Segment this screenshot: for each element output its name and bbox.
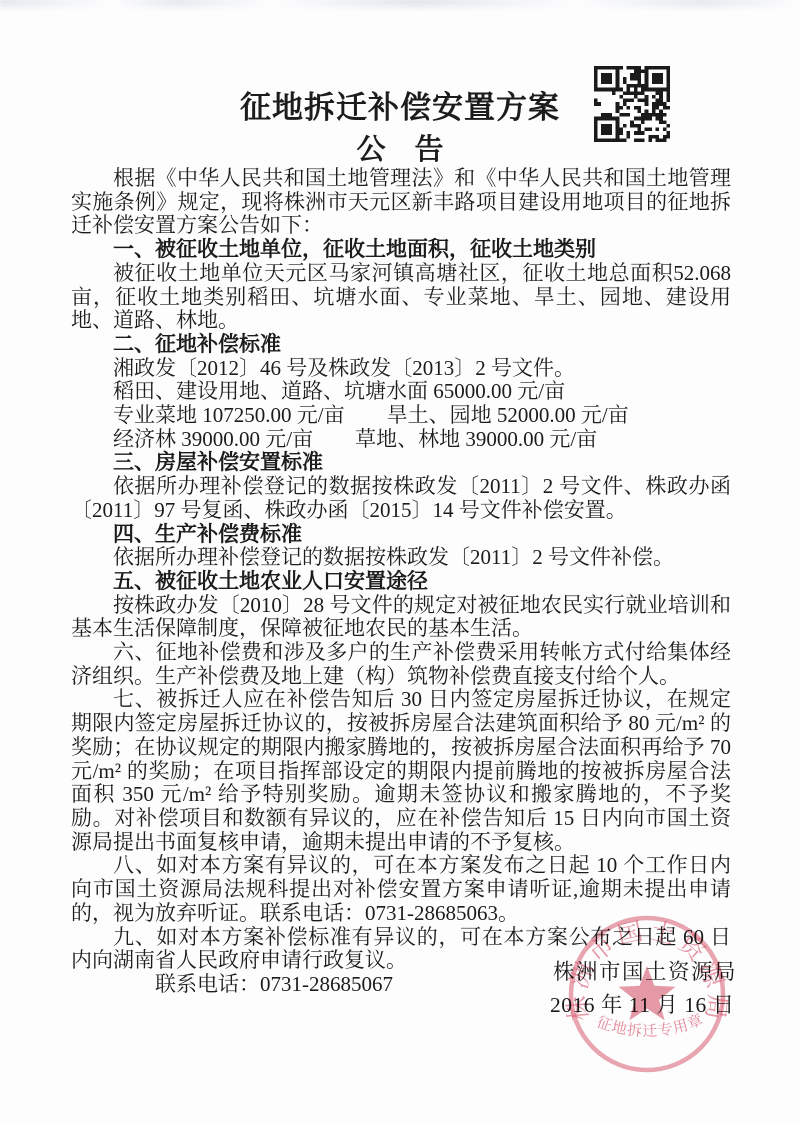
- rate-line-forest: 经济林 39000.00 元/亩草地、林地 39000.00 元/亩: [71, 428, 731, 452]
- section-5-heading: 五、被征收土地农业人口安置途径: [71, 570, 731, 594]
- section-4-heading: 四、生产补偿费标准: [71, 523, 731, 547]
- rate-vegetable-value: 专业菜地 107250.00 元/亩: [113, 403, 345, 427]
- section-3-heading: 三、房屋补偿安置标准: [71, 451, 731, 475]
- section-2-reference: 湘政发〔2012〕46 号及株政发〔2013〕2 号文件。: [71, 357, 731, 381]
- section-2-heading: 二、征地补偿标准: [71, 333, 731, 357]
- signature-organization: 株洲市国土资源局: [553, 955, 737, 986]
- document-title: 征地拆迁补偿安置方案: [0, 82, 800, 127]
- rate-line-paddy: 稻田、建设用地、道路、坑塘水面 65000.00 元/亩: [71, 380, 731, 404]
- scan-artifact-top-edge: [0, 0, 800, 12]
- section-6-body: 六、征地补偿费和涉及多户的生产补偿费采用转帐方式付给集体经济组织。生产补偿费及地…: [71, 641, 731, 688]
- scanned-notice-page: 征地拆迁补偿安置方案 公 告 根据《中华人民共和国土地管理法》和《中华人民共和国…: [0, 0, 800, 1124]
- section-7-body: 七、被拆迁人应在补偿告知后 30 日内签定房屋拆迁协议，在规定期限内签定房屋拆迁…: [71, 688, 731, 854]
- section-3-body: 依据所办理补偿登记的数据按株政发〔2011〕2 号文件、株政办函〔2011〕97…: [71, 475, 731, 522]
- document-body: 根据《中华人民共和国土地管理法》和《中华人民共和国土地管理实施条例》规定，现将株…: [71, 167, 731, 997]
- rate-dryland-value: 旱土、园地 52000.00 元/亩: [387, 403, 629, 427]
- section-5-body: 按株政办发〔2010〕28 号文件的规定对被征地农民实行就业培训和基本生活保障制…: [71, 594, 731, 641]
- section-8-body: 八、如对本方案有异议的，可在本方案发布之日起 10 个工作日内向市国土资源局法规…: [71, 854, 731, 925]
- rate-economic-forest-value: 经济林 39000.00 元/亩: [113, 427, 313, 451]
- document-subtitle: 公 告: [0, 127, 800, 168]
- signature-date: 2016 年 11 月 16 日: [550, 988, 735, 1019]
- section-1-body: 被征收土地单位天元区马家河镇高塘社区，征收土地总面积52.068 亩，征收土地类…: [71, 262, 731, 333]
- intro-paragraph: 根据《中华人民共和国土地管理法》和《中华人民共和国土地管理实施条例》规定，现将株…: [71, 167, 731, 238]
- section-4-body: 依据所办理补偿登记的数据按株政发〔2011〕2 号文件补偿。: [71, 546, 731, 570]
- rate-grassland-value: 草地、林地 39000.00 元/亩: [355, 427, 597, 451]
- rate-line-vegetable: 专业菜地 107250.00 元/亩旱土、园地 52000.00 元/亩: [71, 404, 731, 428]
- section-1-heading: 一、被征收土地单位，征收土地面积，征收土地类别: [71, 238, 731, 262]
